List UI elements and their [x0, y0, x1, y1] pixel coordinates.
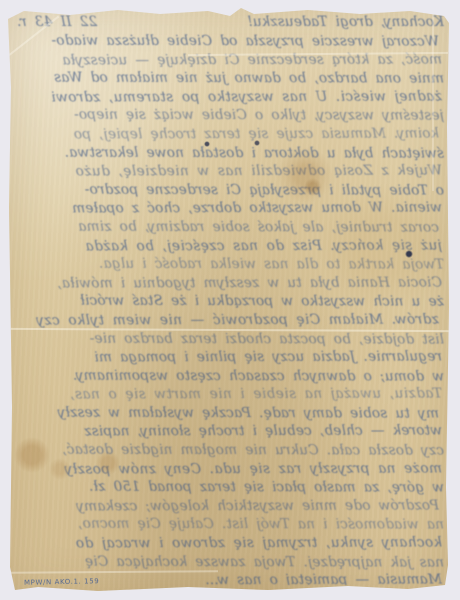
handwriting-line: w domu; o dawnych czasach często wspomin… — [17, 366, 444, 386]
handwriting-line: czy doszła cała. Cukru nie mogłam nigdzi… — [17, 441, 444, 461]
handwriting-line: mość, za którą serdecznie Ci dziękuję — … — [17, 50, 442, 70]
handwriting-line: coraz trudniej, ale jakoś sobie radzimy,… — [17, 217, 439, 237]
handwriting-line: może na przyszły raz się uda. Ceny znów … — [17, 459, 442, 479]
handwriting-line: świętach była u doktora i dostała nowe l… — [17, 143, 444, 163]
scan-background: Kochany, drogi Tadeuszku! 22 II 43 r. Wc… — [0, 0, 460, 600]
letter-heading: Kochany, drogi Tadeuszku! 22 II 43 r. — [17, 13, 444, 32]
handwriting-line: list dojdzie, bo poczta chodzi teraz bar… — [17, 329, 444, 349]
handwriting-line: nas jak najprędzej. Twoja zawsze kochają… — [17, 552, 444, 572]
handwriting-line: Tadziu, uważaj na siebie i nie martw się… — [17, 385, 442, 405]
handwriting-line: Wczoraj wreszcie przyszła od Ciebie dłuż… — [17, 31, 439, 51]
handwriting-line: już się kończy. Pisz do nas częściej, bo… — [17, 236, 442, 256]
handwriting-layer: Kochany, drogi Tadeuszku! 22 II 43 r. Wc… — [17, 13, 444, 585]
handwriting-line: wtorek — chleb, cebulę i trochę słoniny,… — [17, 422, 442, 442]
handwriting-line: Wujek z Zosią odwiedzili nas w niedzielę… — [17, 162, 442, 182]
handwriting-line: my tu sobie damy radę. Paczkę wysłałam w… — [17, 403, 439, 423]
handwriting-line: koimy. Mamusia czuje się teraz trochę le… — [17, 124, 439, 144]
handwriting-line: wienia. W domu wszystko dobrze, choć z o… — [17, 199, 442, 219]
handwriting-line: mnie ona bardzo, bo dawno już nie miałam… — [17, 69, 444, 89]
handwriting-line: regularnie. Jadzia uczy się pilnie i pom… — [17, 348, 442, 368]
handwriting-line: żadnej wieści. U nas wszystko po staremu… — [17, 87, 442, 107]
handwriting-line: kochany synku, trzymaj się zdrowo i wrac… — [17, 533, 442, 553]
letter-date: 22 II 43 r. — [17, 13, 97, 32]
handwriting-line: zdrów. Miałam Cię pozdrowić — nie wiem t… — [17, 310, 439, 330]
handwriting-line: o Tobie pytali i przesyłają Ci serdeczne… — [17, 180, 444, 200]
handwriting-line: jesteśmy wszyscy, tylko o Ciebie wciąż s… — [17, 106, 444, 126]
handwriting-line: że u nich wszystko w porządku i że Staś … — [17, 292, 444, 312]
letter-paper: Kochany, drogi Tadeuszku! 22 II 43 r. Wc… — [8, 7, 449, 593]
handwriting-line: Twoja kartka to dla nas wielka radość i … — [17, 255, 444, 275]
letter-greeting: Kochany, drogi Tadeuszku! — [247, 13, 444, 32]
archival-reference-stamp: MPW/N AKO.1. 159 — [24, 577, 99, 587]
handwriting-line: Pozdrów ode mnie wszystkich kolegów; cze… — [17, 496, 439, 516]
handwriting-line: w górę, za masło płaci się teraz ponad 1… — [17, 478, 444, 498]
handwriting-line: Ciocia Hania była tu w zeszłym tygodniu … — [17, 273, 442, 293]
handwriting-line: na wiadomości i na Twój list. Całuję Cię… — [17, 515, 444, 535]
